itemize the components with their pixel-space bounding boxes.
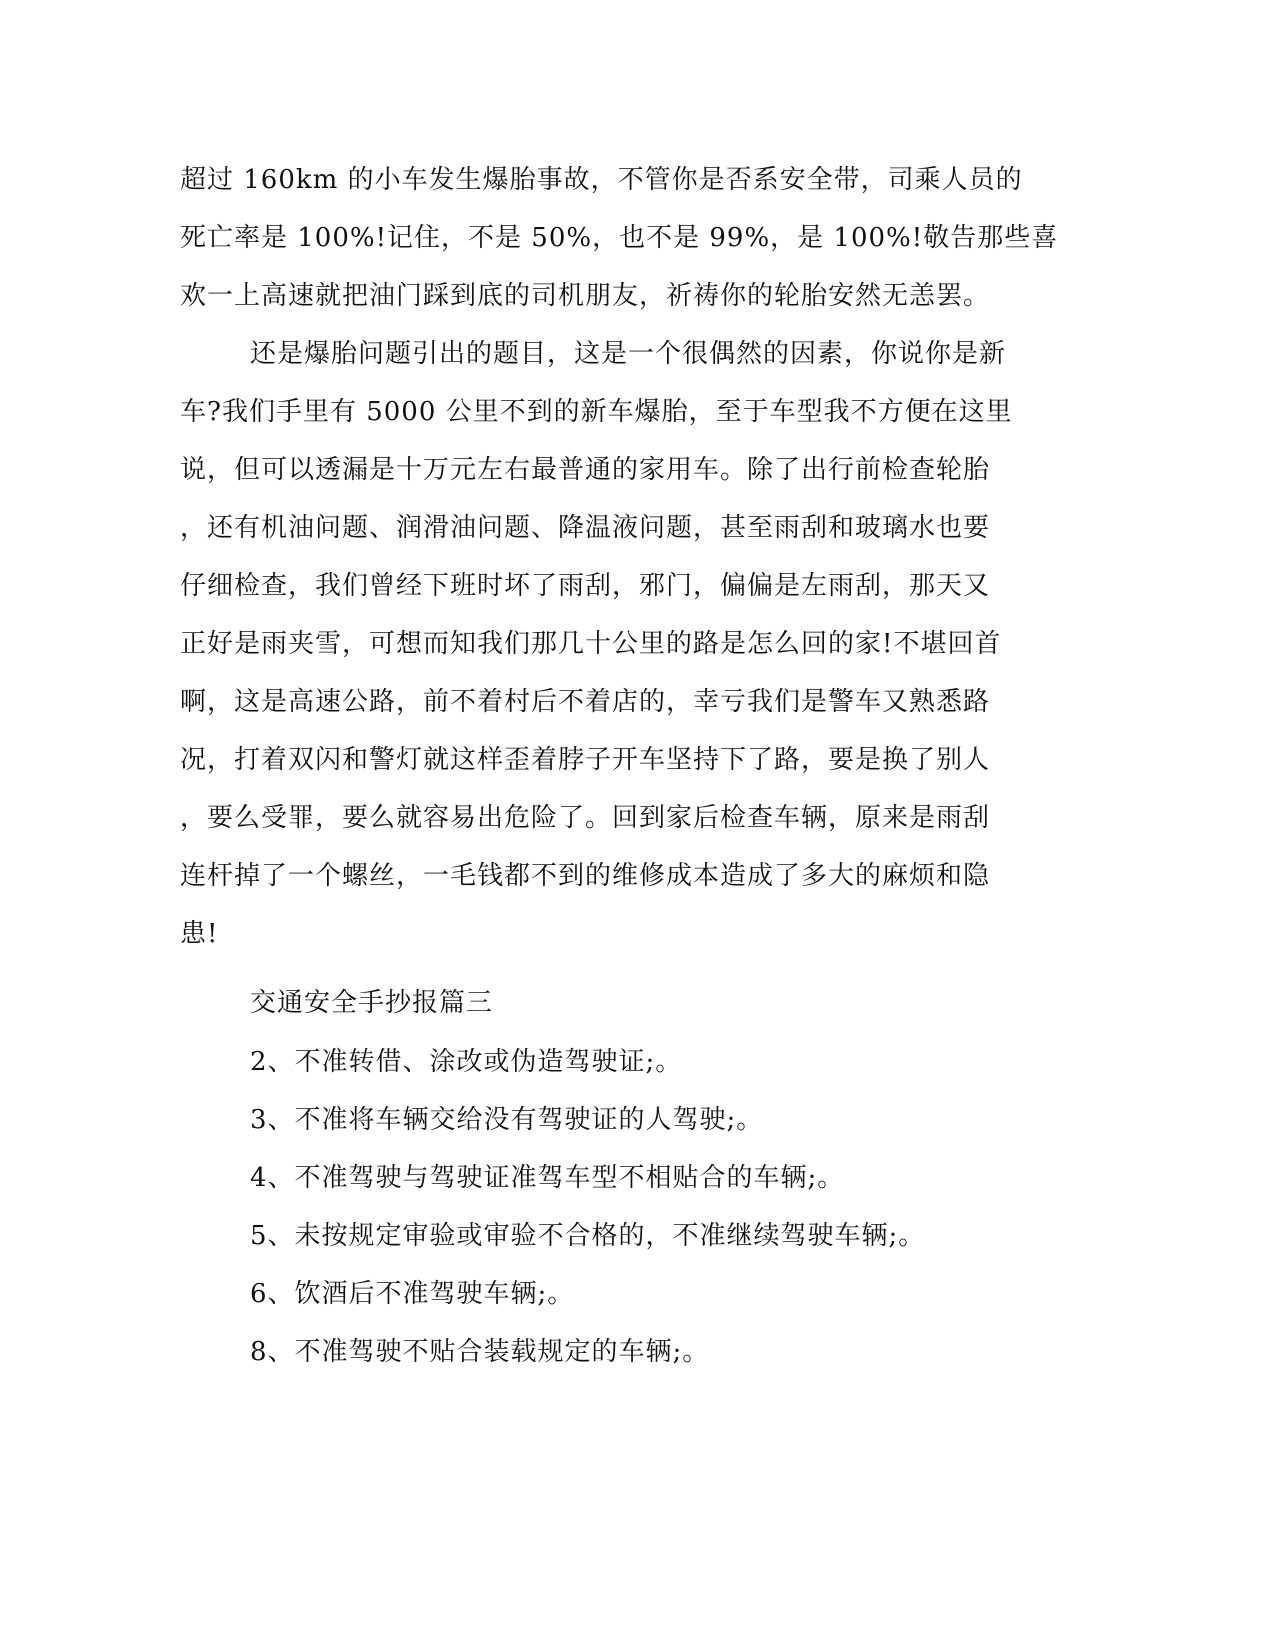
paragraph-2-line: 仔细检查，我们曾经下班时坏了雨刮，邪门，偏偏是左雨刮，那天又 (180, 569, 990, 603)
section-heading: 交通安全手抄报篇三 (250, 986, 493, 1020)
paragraph-2-line: 车?我们手里有 5000 公里不到的新车爆胎，至于车型我不方便在这里 (180, 395, 1013, 429)
paragraph-2-line: 连杆掉了一个螺丝，一毛钱都不到的维修成本造成了多大的麻烦和隐 (180, 859, 990, 893)
paragraph-2-line: ，要么受罪，要么就容易出危险了。回到家后检查车辆，原来是雨刮 (180, 801, 990, 835)
paragraph-2-line: 还是爆胎问题引出的题目，这是一个很偶然的因素，你说你是新 (250, 337, 1006, 371)
paragraph-2-line: ，还有机油问题、润滑油问题、降温液问题，甚至雨刮和玻璃水也要 (180, 511, 990, 545)
paragraph-1-line: 超过 160km 的小车发生爆胎事故，不管你是否系安全带，司乘人员的 (180, 163, 1023, 197)
rule-item: 4、不准驾驶与驾驶证准驾车型不相贴合的车辆;。 (250, 1161, 844, 1195)
rule-item: 6、饮酒后不准驾驶车辆;。 (250, 1277, 574, 1311)
rule-item: 3、不准将车辆交给没有驾驶证的人驾驶;。 (250, 1103, 763, 1137)
paragraph-2-line: 况，打着双闪和警灯就这样歪着脖子开车坚持下了路，要是换了别人 (180, 743, 990, 777)
paragraph-2-line: 说，但可以透漏是十万元左右最普通的家用车。除了出行前检查轮胎 (180, 453, 990, 487)
document-page: 超过 160km 的小车发生爆胎事故，不管你是否系安全带，司乘人员的 死亡率是 … (0, 0, 1275, 1650)
rule-item: 2、不准转借、涂改或伪造驾驶证;。 (250, 1045, 682, 1079)
rule-item: 8、不准驾驶不贴合装载规定的车辆;。 (250, 1335, 709, 1369)
paragraph-1-line: 死亡率是 100%!记住，不是 50%，也不是 99%，是 100%!敬告那些喜 (180, 221, 1058, 255)
paragraph-1-line: 欢一上高速就把油门踩到底的司机朋友，祈祷你的轮胎安然无恙罢。 (180, 279, 990, 313)
paragraph-2-line: 啊，这是高速公路，前不着村后不着店的，幸亏我们是警车又熟悉路 (180, 685, 990, 719)
paragraph-2-line: 正好是雨夹雪，可想而知我们那几十公里的路是怎么回的家!不堪回首 (180, 627, 1001, 661)
rule-item: 5、未按规定审验或审验不合格的，不准继续驾驶车辆;。 (250, 1219, 925, 1253)
paragraph-2-line: 患! (180, 917, 218, 951)
